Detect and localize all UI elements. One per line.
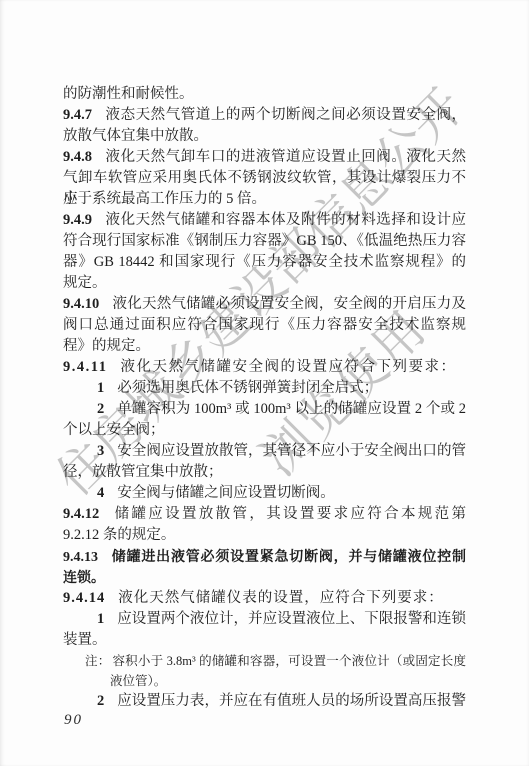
line-text: 液化天然气储罐必须设置安全阀，安全阀的开启压力及 [112, 296, 466, 312]
line-text: 必须选用奥氏体不锈钢弹簧封闭全启式； [117, 380, 378, 396]
line-text: 安全阀应设置放散管，其管径不应小于安全阀出口的管 [117, 443, 466, 459]
line-text: 阀口总通过面积应符合国家现行《压力容器安全技术监察规 [63, 317, 466, 333]
text-line: 注：容积小于 3.8m³ 的储罐和容器，可设置一个液位计（或固定长度 [63, 651, 466, 671]
text-line: 9.4.10液化天然气储罐必须设置安全阀，安全阀的开启压力及 [63, 294, 466, 315]
text-column: 的防潮性和耐候性。9.4.7液态天然气管道上的两个切断阀之间必须设置安全阀，放散… [63, 84, 466, 712]
list-item-number: 4 [97, 485, 104, 501]
clause-number: 9.4.8 [63, 149, 92, 165]
note-label: 注： [85, 654, 110, 668]
text-line: 阀口总通过面积应符合国家现行《压力容器安全技术监察规 [63, 315, 466, 336]
list-item-number: 2 [97, 401, 104, 417]
text-line: 1必须选用奥氏体不锈钢弹簧封闭全启式； [63, 378, 466, 399]
text-line: 规定。 [63, 273, 466, 294]
clause-number: 9.4.12 [63, 506, 99, 522]
line-text: 放散气体宜集中放散。 [63, 128, 208, 144]
line-text: 液位管）。 [110, 674, 166, 688]
text-line: 9.4.14液化天然气储罐仪表的设置，应符合下列要求： [63, 588, 466, 609]
text-line: 程》的规定。 [63, 336, 466, 357]
document-page: 住房城乡建设部信息公开 浏览使用 的防潮性和耐候性。9.4.7液态天然气管道上的… [0, 0, 529, 766]
line-text: 符合现行国家标准《钢制压力容器》GB 150、《低温绝热压力容 [63, 233, 466, 249]
line-text: 液化天然气储罐仪表的设置，应符合下列要求： [118, 590, 444, 606]
text-line: 9.4.8液化天然气卸车口的进液管道应设置止回阀。液化天然 [63, 147, 466, 168]
line-text: 的防潮性和耐候性。 [63, 86, 194, 102]
text-line: 9.4.11液化天然气储罐安全阀的设置应符合下列要求： [63, 357, 466, 378]
list-item-number: 3 [97, 443, 104, 459]
clause-number: 9.4.11 [63, 359, 107, 375]
line-text: 应设置压力表，并应在有值班人员的场所设置高压报警 [117, 693, 466, 709]
text-line: 放散气体宜集中放散。 [63, 126, 466, 147]
text-line: 个以上安全阀； [63, 420, 466, 441]
text-line: 9.4.7液态天然气管道上的两个切断阀之间必须设置安全阀， [63, 105, 466, 126]
line-text: 单罐容积为 100m³ 或 100m³ 以上的储罐应设置 2 个或 2 [117, 401, 466, 417]
text-line: 小于系统最高工作压力的 5 倍。 [63, 189, 466, 210]
line-text: 9.2.12 条的规定。 [63, 527, 175, 543]
text-line: 9.4.12储罐应设置放散管，其设置要求应符合本规范第 [63, 504, 466, 525]
text-line: 符合现行国家标准《钢制压力容器》GB 150、《低温绝热压力容 [63, 231, 466, 252]
text-line: 9.4.9液化天然气储罐和容器本体及附件的材料选择和设计应 [63, 210, 466, 231]
line-text: 储罐进出液管必须设置紧急切断阀，并与储罐液位控制 [111, 548, 466, 564]
line-text: 液化天然气储罐安全阀的设置应符合下列要求： [120, 359, 456, 375]
line-text: 规定。 [63, 275, 107, 291]
text-line: 气卸车软管应采用奥氏体不锈钢波纹软管，其设计爆裂压力不应 [63, 168, 466, 189]
line-text: 容积小于 3.8m³ 的储罐和容器，可设置一个液位计（或固定长度 [112, 654, 466, 668]
text-line: 9.2.12 条的规定。 [63, 525, 466, 546]
text-line: 液位管）。 [63, 671, 466, 691]
line-text: 器》GB 18442 和国家现行《压力容器安全技术监察规程》的 [63, 254, 466, 270]
text-line: 4安全阀与储罐之间应设置切断阀。 [63, 483, 466, 504]
text-line: 的防潮性和耐候性。 [63, 84, 466, 105]
line-text: 安全阀与储罐之间应设置切断阀。 [117, 485, 335, 501]
clause-number: 9.4.10 [63, 296, 99, 312]
line-text: 液化天然气储罐和容器本体及附件的材料选择和设计应 [105, 212, 466, 228]
line-text: 个以上安全阀； [63, 422, 165, 438]
line-text: 小于系统最高工作压力的 5 倍。 [63, 191, 266, 207]
list-item-number: 1 [97, 380, 104, 396]
line-text: 液态天然气管道上的两个切断阀之间必须设置安全阀， [105, 107, 466, 123]
text-line: 2单罐容积为 100m³ 或 100m³ 以上的储罐应设置 2 个或 2 [63, 399, 466, 420]
line-text: 液化天然气卸车口的进液管道应设置止回阀。液化天然 [105, 149, 466, 165]
text-line: 径，放散管宜集中放散； [63, 462, 466, 483]
line-text: 连锁。 [63, 569, 105, 585]
text-line: 9.4.13储罐进出液管必须设置紧急切断阀，并与储罐液位控制 [63, 546, 466, 567]
text-line: 装置。 [63, 630, 466, 651]
line-text: 程》的规定。 [63, 338, 150, 354]
line-text: 装置。 [63, 632, 107, 648]
clause-number: 9.4.7 [63, 107, 92, 123]
line-text: 应设置两个液位计，并应设置液位上、下限报警和连锁 [117, 611, 466, 627]
line-text: 径，放散管宜集中放散； [63, 464, 223, 480]
page-number: 90 [64, 712, 83, 729]
text-line: 3安全阀应设置放散管，其管径不应小于安全阀出口的管 [63, 441, 466, 462]
clause-number: 9.4.14 [63, 590, 105, 606]
text-line: 2应设置压力表，并应在有值班人员的场所设置高压报警 [63, 691, 466, 712]
text-line: 连锁。 [63, 567, 466, 588]
text-line: 器》GB 18442 和国家现行《压力容器安全技术监察规程》的 [63, 252, 466, 273]
clause-number: 9.4.9 [63, 212, 92, 228]
clause-number: 9.4.13 [63, 550, 98, 565]
line-text: 储罐应设置放散管，其设置要求应符合本规范第 [112, 506, 466, 522]
text-line: 1应设置两个液位计，并应设置液位上、下限报警和连锁 [63, 609, 466, 630]
list-item-number: 2 [97, 693, 104, 709]
list-item-number: 1 [97, 611, 104, 627]
